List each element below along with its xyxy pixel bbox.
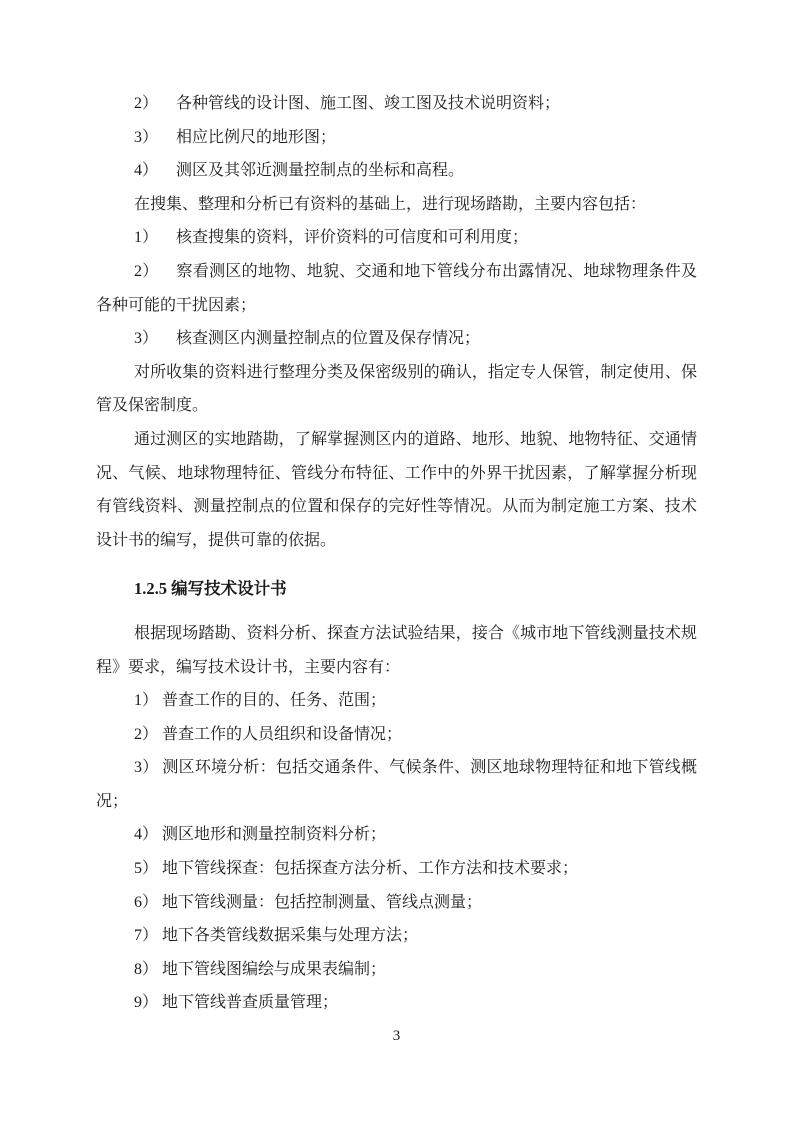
list-marker: 5） [134,860,158,877]
list-item-design-3: 3）测区环境分析：包括交通条件、气候条件、测区地球物理特征和地下管线概况； [96,751,697,818]
list-marker: 1） [134,229,158,246]
list-marker: 3） [134,759,158,776]
list-item-sources-2: 2）各种管线的设计图、施工图、竣工图及技术说明资料； [96,87,697,121]
page-body: 2）各种管线的设计图、施工图、竣工图及技术说明资料； 3）相应比例尺的地形图； … [96,87,697,1020]
list-item-design-7: 7）地下各类管线数据采集与处理方法； [96,919,697,953]
list-text: 核查测区内测量控制点的位置及保存情况； [176,330,480,347]
list-item-recon-1: 1）核查搜集的资料，评价资料的可信度和可利用度； [96,221,697,255]
list-marker: 1） [134,692,158,709]
list-text: 察看测区的地物、地貌、交通和地下管线分布出露情况、地球物理条件及各种可能的干扰因… [96,263,697,314]
list-item-design-9: 9）地下管线普查质量管理； [96,986,697,1020]
list-marker: 9） [134,994,158,1011]
list-text: 地下管线探查：包括探查方法分析、工作方法和技术要求； [162,860,578,877]
list-item-design-8: 8）地下管线图编绘与成果表编制； [96,953,697,987]
list-text: 各种管线的设计图、施工图、竣工图及技术说明资料； [176,95,560,112]
list-text: 普查工作的目的、任务、范围； [162,692,386,709]
list-text: 地下各类管线数据采集与处理方法； [162,927,418,944]
list-marker: 3） [134,330,158,347]
list-item-recon-2: 2）察看测区的地物、地貌、交通和地下管线分布出露情况、地球物理条件及各种可能的干… [96,255,697,322]
list-item-design-5: 5）地下管线探查：包括探查方法分析、工作方法和技术要求； [96,852,697,886]
list-text: 地下管线图编绘与成果表编制； [162,961,386,978]
list-text: 测区地形和测量控制资料分析； [162,826,386,843]
list-item-recon-3: 3）核查测区内测量控制点的位置及保存情况； [96,322,697,356]
section-heading-1-2-5: 1.2.5 编写技术设计书 [96,572,697,606]
list-marker: 2） [134,726,158,743]
paragraph-site-reconnaissance: 通过测区的实地踏勘，了解掌握测区内的道路、地形、地貌、地物特征、交通情况、气候、… [96,423,697,557]
list-item-design-6: 6）地下管线测量：包括控制测量、管线点测量； [96,886,697,920]
list-marker: 4） [134,826,158,843]
list-text: 地下管线普查质量管理； [162,994,338,1011]
list-marker: 2） [134,95,158,112]
page-number: 3 [393,1028,401,1044]
list-marker: 4） [134,162,158,179]
list-item-design-2: 2）普查工作的人员组织和设备情况； [96,718,697,752]
list-item-sources-4: 4）测区及其邻近测量控制点的坐标和高程。 [96,154,697,188]
list-marker: 2） [134,263,159,280]
page-footer: 3 [96,1026,697,1046]
list-item-design-1: 1）普查工作的目的、任务、范围； [96,684,697,718]
list-text: 核查搜集的资料，评价资料的可信度和可利用度； [176,229,528,246]
list-marker: 6） [134,894,158,911]
list-marker: 7） [134,927,158,944]
list-text: 测区环境分析：包括交通条件、气候条件、测区地球物理特征和地下管线概况； [96,759,697,810]
paragraph-design-intro: 根据现场踏勘、资料分析、探查方法试验结果，接合《城市地下管线测量技术规程》要求，… [96,617,697,684]
list-text: 相应比例尺的地形图； [176,129,336,146]
paragraph-archive: 对所收集的资料进行整理分类及保密级别的确认，指定专人保管，制定使用、保管及保密制… [96,356,697,423]
list-text: 地下管线测量：包括控制测量、管线点测量； [162,894,482,911]
list-marker: 8） [134,961,158,978]
list-item-sources-3: 3）相应比例尺的地形图； [96,121,697,155]
list-text: 普查工作的人员组织和设备情况； [162,726,402,743]
list-text: 测区及其邻近测量控制点的坐标和高程。 [176,162,464,179]
list-marker: 3） [134,129,158,146]
paragraph-survey-intro: 在搜集、整理和分析已有资料的基础上，进行现场踏勘，主要内容包括： [96,188,697,222]
list-item-design-4: 4）测区地形和测量控制资料分析； [96,818,697,852]
